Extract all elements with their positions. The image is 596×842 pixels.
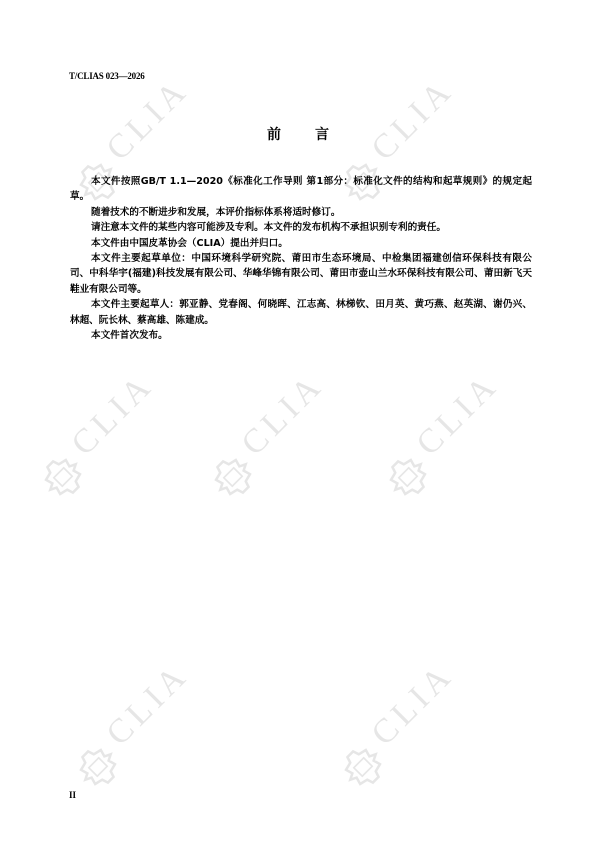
page-title: 前言 <box>0 124 596 144</box>
clia-watermark: CLIA <box>205 355 355 505</box>
leather-hide-logo-icon: CLIA <box>205 355 355 505</box>
svg-text:CLIA: CLIA <box>409 366 505 462</box>
clia-watermark: CLIA <box>70 645 220 795</box>
paragraph-first-release: 本文件首次发布。 <box>70 328 532 343</box>
svg-text:CLIA: CLIA <box>99 71 195 167</box>
document-code: T/CLIAS 023—2026 <box>69 71 145 81</box>
leather-hide-logo-icon: CLIA <box>70 645 220 795</box>
page-number: II <box>69 790 76 800</box>
paragraph-drafters: 本文件主要起草人：郭亚静、党春阁、何晓晖、江志高、林梯钦、田月英、黄巧燕、赵英湖… <box>70 297 532 328</box>
paragraph-patent-notice: 请注意本文件的某些内容可能涉及专利。本文件的发布机构不承担识别专利的责任。 <box>70 220 532 235</box>
svg-text:CLIA: CLIA <box>234 366 330 462</box>
clia-watermark: CLIA <box>380 355 530 505</box>
paragraph-drafting-units: 本文件主要起草单位：中国环境科学研究院、莆田市生态环境局、中检集团福建创信环保科… <box>70 251 532 297</box>
clia-watermark: CLIA <box>335 645 485 795</box>
clia-watermark: CLIA <box>35 355 185 505</box>
paragraph-drafting-rules: 本文件按照GB/T 1.1—2020《标准化工作导则 第1部分：标准化文件的结构… <box>70 174 532 205</box>
leather-hide-logo-icon: CLIA <box>335 645 485 795</box>
title-char-2: 言 <box>315 124 329 144</box>
title-char-1: 前 <box>267 124 281 144</box>
svg-text:CLIA: CLIA <box>364 71 460 167</box>
foreword-body: 本文件按照GB/T 1.1—2020《标准化工作导则 第1部分：标准化文件的结构… <box>70 174 532 343</box>
paragraph-revision: 随着技术的不断进步和发展，本评价指标体系将适时修订。 <box>70 205 532 220</box>
leather-hide-logo-icon: CLIA <box>35 355 185 505</box>
leather-hide-logo-icon: CLIA <box>380 355 530 505</box>
svg-text:CLIA: CLIA <box>99 656 195 752</box>
svg-text:CLIA: CLIA <box>64 366 160 462</box>
document-page: CLIACLIACLIACLIACLIACLIACLIA T/CLIAS 023… <box>0 0 596 842</box>
svg-text:CLIA: CLIA <box>364 656 460 752</box>
paragraph-proposer: 本文件由中国皮革协会（CLIA）提出并归口。 <box>70 236 532 251</box>
